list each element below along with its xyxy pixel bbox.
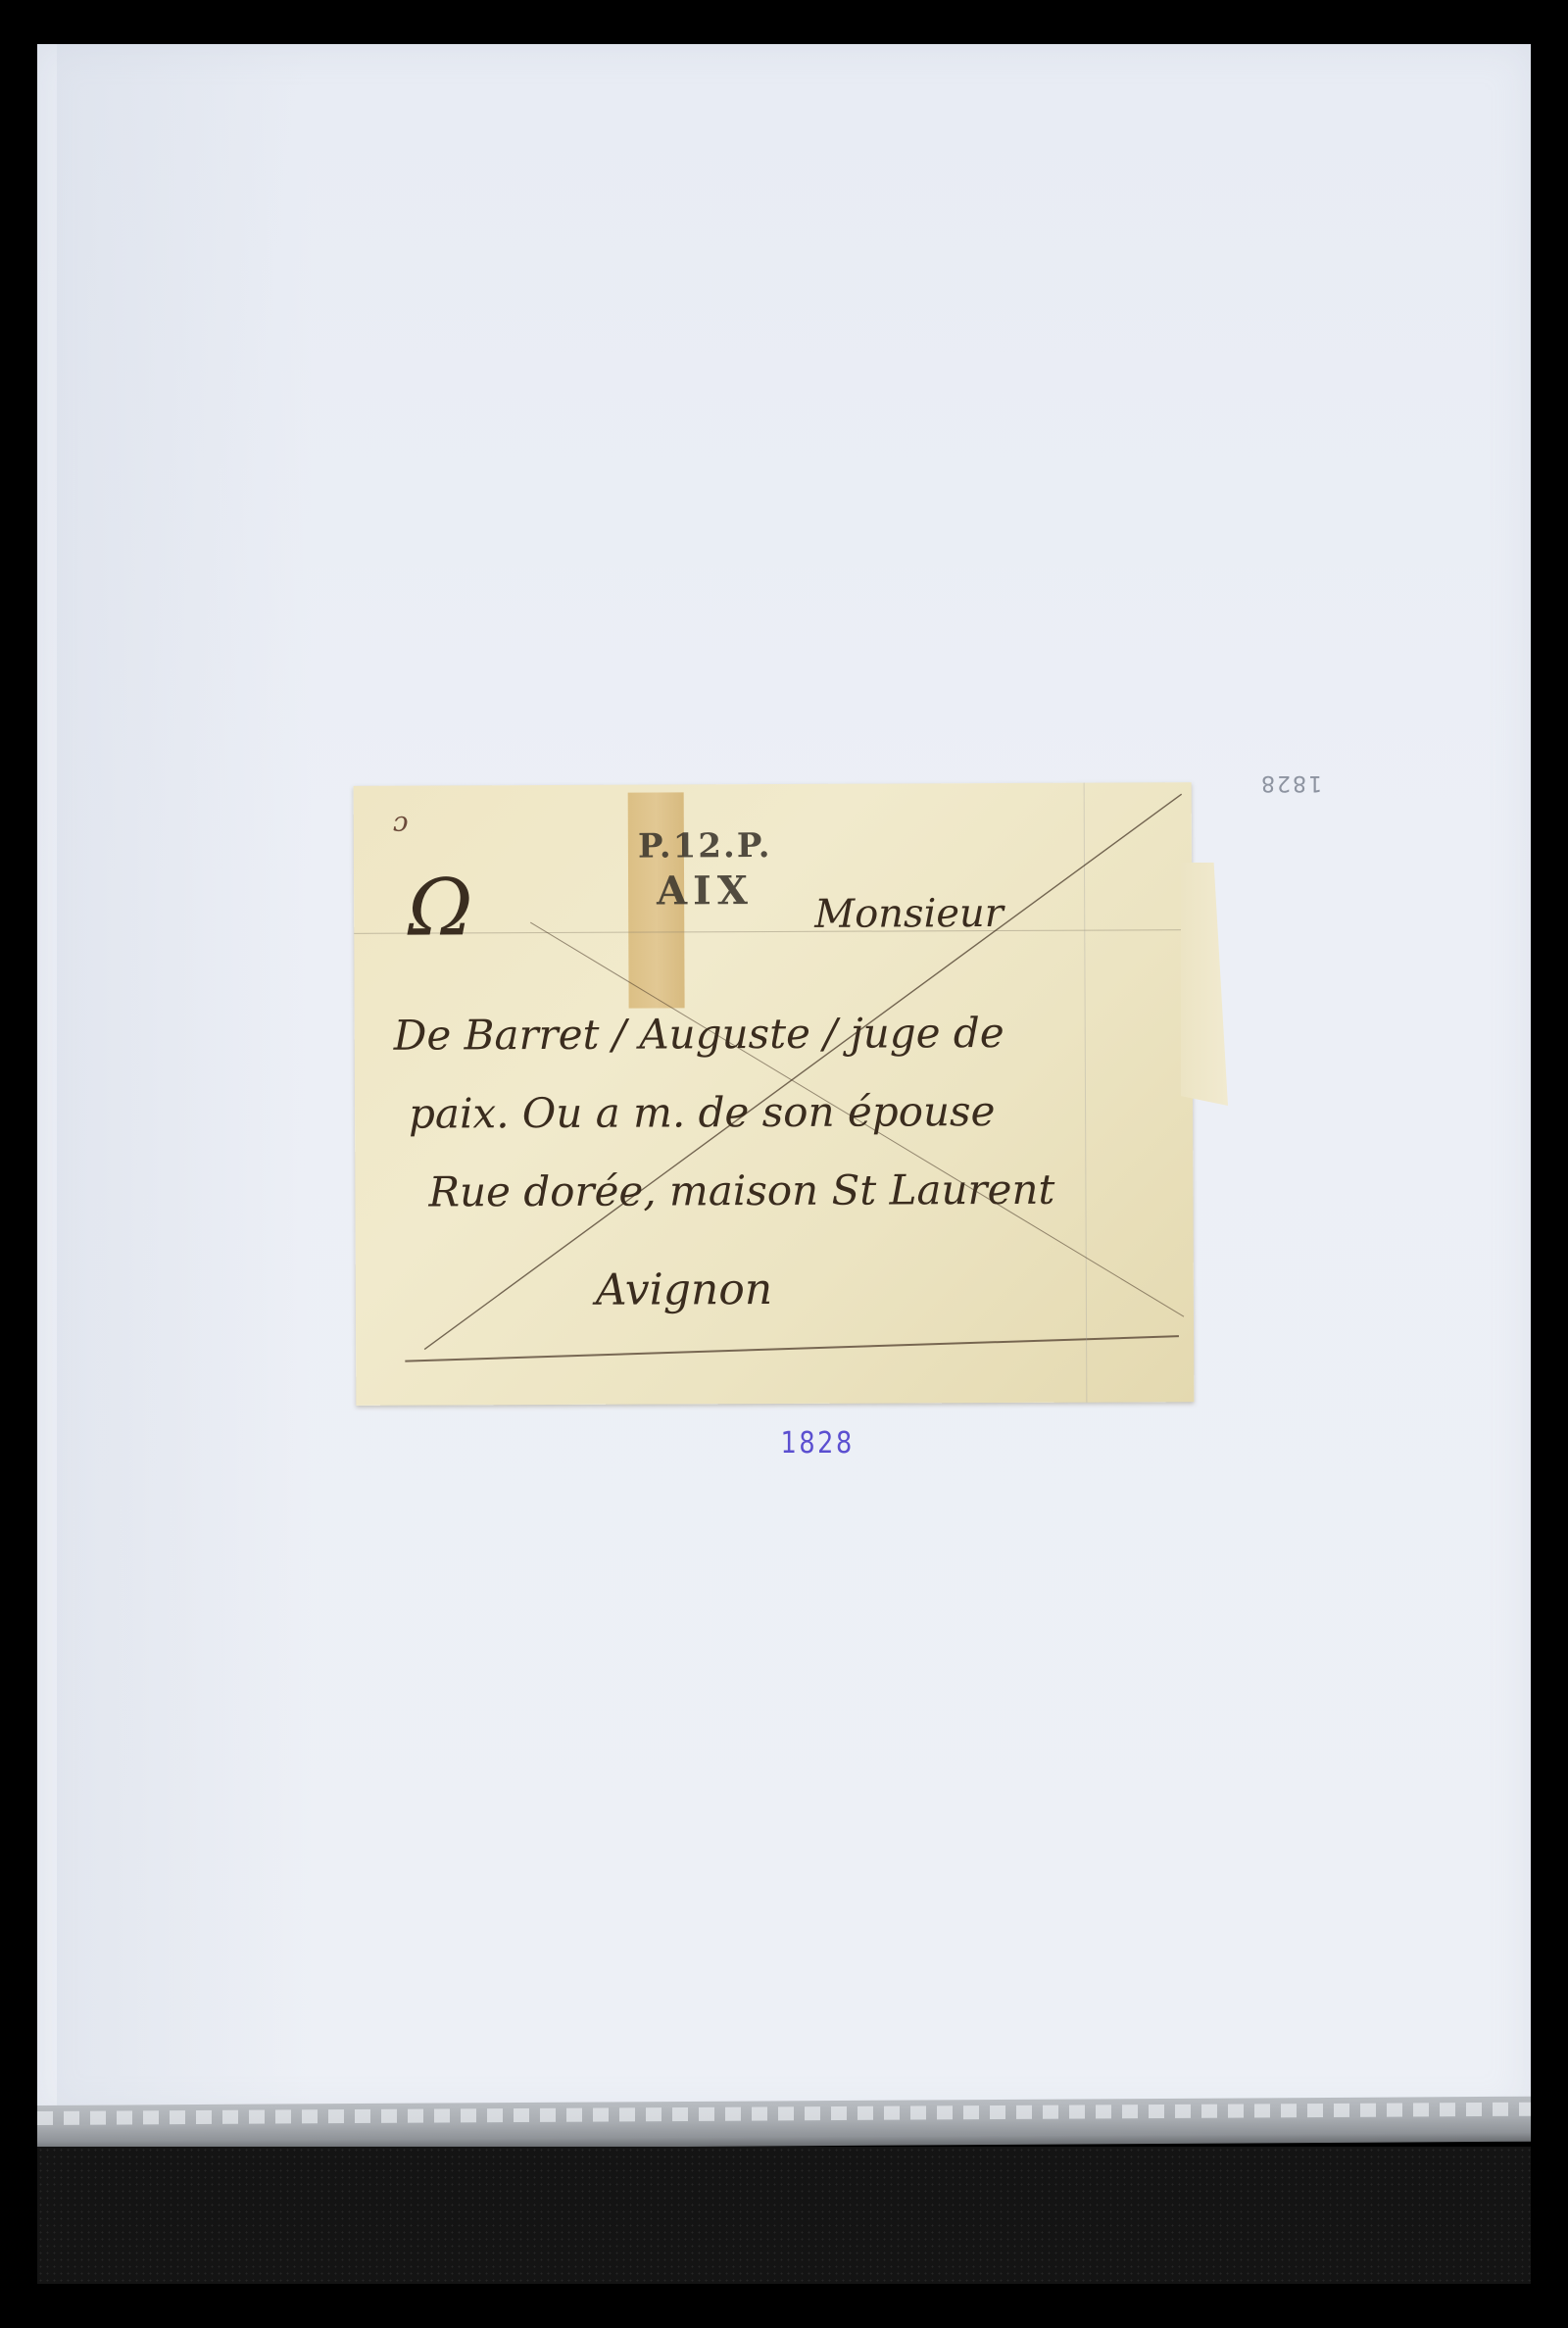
folded-letter-cover: P.12.P. AIX ɔ Ω Monsieur De Barret / Aug…	[354, 782, 1195, 1406]
pencil-note-inverted: 1828	[1259, 770, 1322, 795]
rate-mark: Ω	[408, 862, 473, 953]
address-line-1: De Barret / Auguste / juge de	[394, 1009, 1004, 1060]
sheet-protector-strip	[37, 2097, 1531, 2151]
address-city: Avignon	[596, 1264, 772, 1315]
address-line-2: paix. Ou a m. de son épouse	[409, 1087, 996, 1138]
corner-mark: ɔ	[393, 806, 409, 838]
postmark-stamp: P.12.P. AIX	[638, 829, 772, 912]
address-line-3: Rue dorée, maison St Laurent	[428, 1165, 1054, 1216]
fold-line	[1084, 783, 1088, 1403]
postmark-line-2: AIX	[638, 870, 772, 913]
underline-stroke	[405, 1335, 1179, 1362]
postmark-line-1: P.12.P.	[638, 829, 772, 865]
address-salutation: Monsieur	[814, 891, 1004, 937]
dark-backing	[37, 2147, 1531, 2284]
protector-perforations	[37, 2103, 1531, 2125]
fold-line	[354, 929, 1192, 934]
date-label: 1828	[781, 1426, 855, 1461]
